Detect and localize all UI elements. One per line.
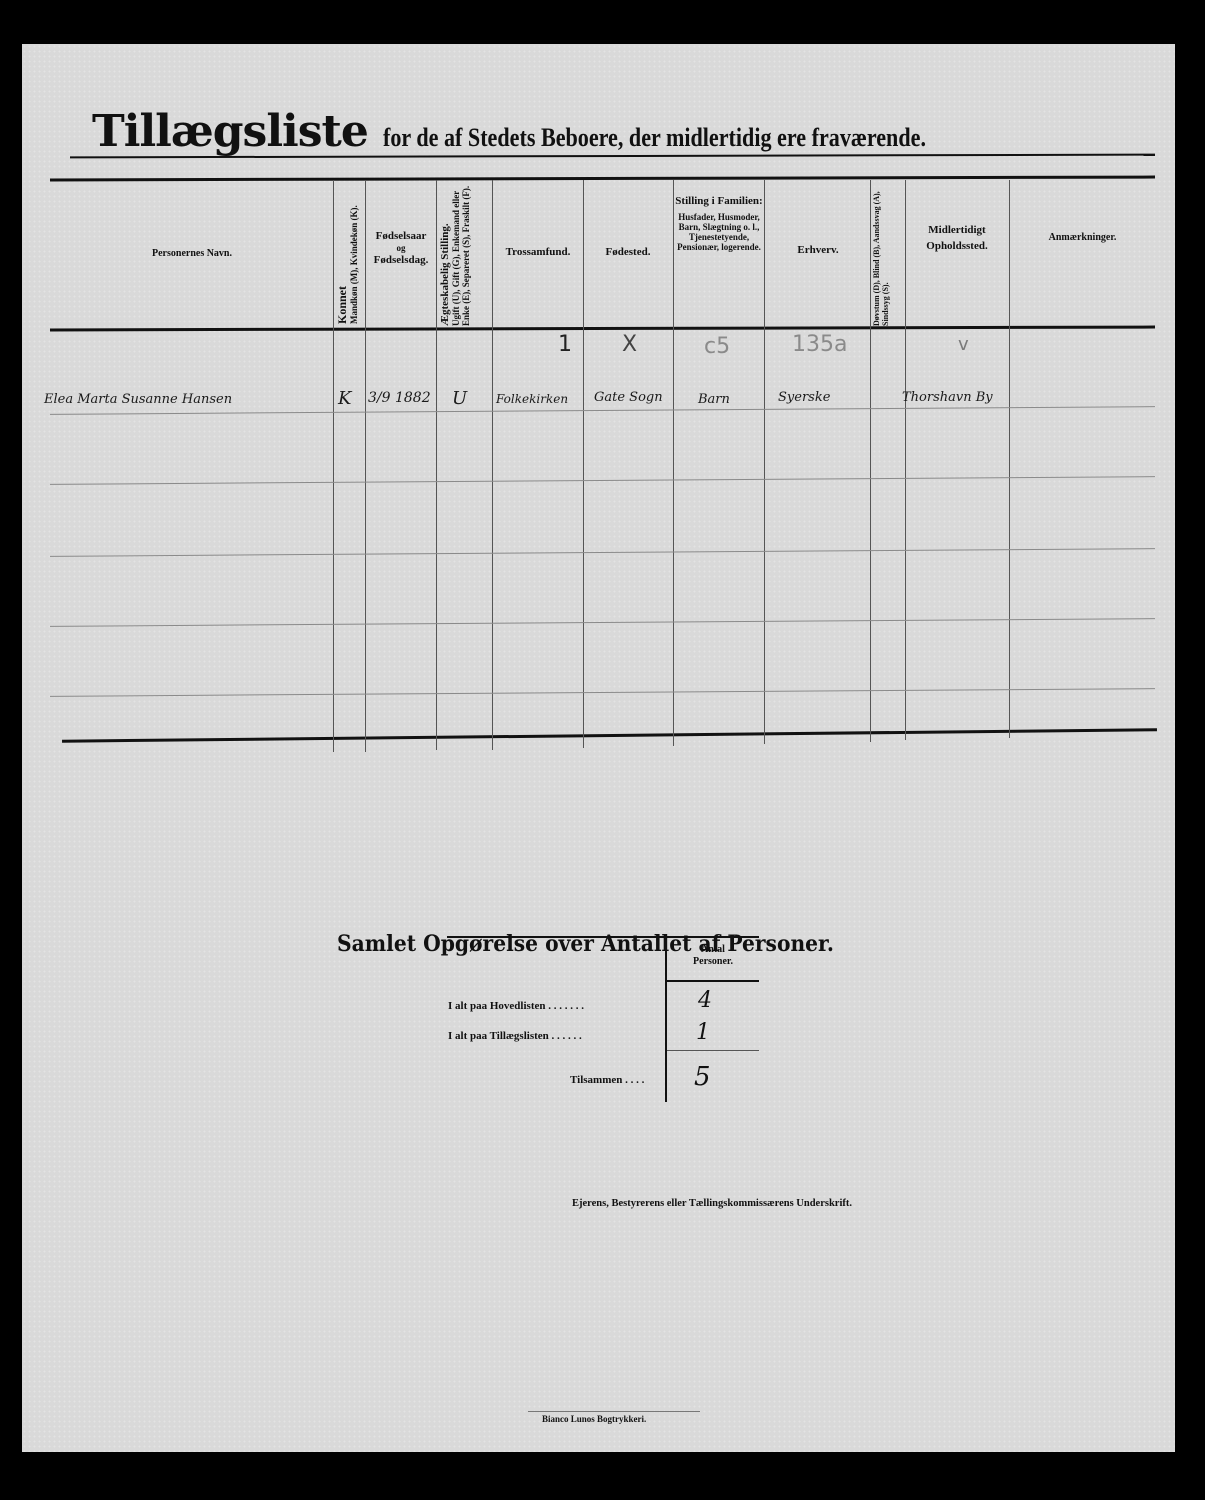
cell-temp-residence-code: v	[958, 334, 969, 355]
row-divider	[50, 618, 1155, 627]
summary-value-total: 5	[694, 1062, 711, 1092]
header-birth: Fødselsaar og Fødselsdag.	[368, 230, 434, 266]
cell-sex: K	[338, 388, 351, 409]
summary-value-main-list: 4	[698, 988, 712, 1013]
row-divider	[50, 476, 1155, 485]
summary-subtotal-rule	[667, 1050, 759, 1051]
col-divider	[492, 180, 493, 750]
summary-title: Samlet Opgørelse over Antallet af Person…	[337, 931, 834, 957]
summary-col-header-1: Antal	[667, 944, 759, 956]
summary-label-supplement-list: I alt paa Tillægslisten . . . . . .	[448, 1030, 582, 1042]
summary-top-rule	[447, 936, 759, 938]
printer-name: Bianco Lunos Bogtrykkeri.	[542, 1414, 646, 1424]
header-bottom-rule	[50, 326, 1155, 332]
col-divider	[905, 180, 906, 740]
printer-rule	[528, 1411, 700, 1412]
form-title-subtitle-text: for de af Stedets Beboere, der midlertid…	[383, 123, 806, 152]
header-temp-residence: Midlertidigt Opholdssted.	[906, 224, 1008, 252]
col-divider	[673, 180, 674, 746]
header-family-position: Stilling i Familien: Husfader, Husmoder,…	[674, 194, 764, 252]
col-divider	[764, 180, 765, 744]
summary-col-header: Antal Personer.	[667, 944, 759, 968]
signature-label: Ejerens, Bestyrerens eller Tællingskommi…	[572, 1198, 852, 1209]
header-temp-residence-line1: Midlertidigt	[906, 224, 1008, 236]
cell-religion-code: 1	[558, 332, 572, 357]
header-occupation: Erhverv.	[766, 244, 870, 256]
col-divider	[583, 180, 584, 748]
form-title-subtitle-bold: fraværende.	[812, 123, 926, 152]
table-bottom-rule	[62, 728, 1157, 742]
header-birth-line2: og	[368, 242, 434, 254]
header-family-position-label: Stilling i Familien:	[674, 194, 764, 208]
form-title-main: Tillægsliste	[92, 106, 368, 157]
header-disability-label: Døvstum (D), Blind (B), Aandssvag (A), S…	[872, 162, 890, 326]
cell-birth: 3/9 1882	[368, 390, 431, 406]
col-divider	[870, 180, 871, 742]
cell-family-position-code: c5	[704, 334, 730, 359]
cell-occupation: Syerske	[778, 390, 830, 405]
row-divider	[50, 548, 1155, 557]
cell-temp-residence: Thorshavn By	[902, 390, 993, 405]
header-religion: Trossamfund.	[494, 246, 582, 258]
cell-occupation-code: 135a	[792, 332, 847, 357]
header-name: Personernes Navn.	[62, 248, 322, 260]
header-marital-label: Ægteskabelig Stilling.	[439, 184, 451, 326]
cell-family-position: Barn	[698, 392, 730, 407]
header-marital-sublabel: Ugift (U), Gift (G), Enkemand eller Enke…	[451, 184, 471, 326]
cell-birthplace-code: X	[622, 332, 637, 357]
col-divider	[1009, 180, 1010, 738]
cell-religion: Folkekirken	[496, 392, 568, 406]
header-birth-line1: Fødselsaar	[368, 230, 434, 242]
header-temp-residence-line2: Opholdssted.	[906, 240, 1008, 252]
row-divider	[50, 688, 1155, 697]
col-divider	[333, 180, 334, 752]
header-top-rule	[50, 176, 1155, 182]
summary-header-rule	[667, 980, 759, 982]
summary-label-main-list: I alt paa Hovedlisten . . . . . . .	[448, 1000, 584, 1012]
cell-name: Elea Marta Susanne Hansen	[44, 392, 232, 407]
cell-marital: U	[452, 388, 467, 409]
summary-label-total: Tilsammen . . . .	[570, 1074, 644, 1086]
header-disability: Døvstum (D), Blind (B), Aandssvag (A), S…	[872, 162, 904, 326]
header-sex-sublabel: Mandkøn (M), Kvindekøn (K).	[349, 184, 359, 324]
header-family-position-sublabel: Husfader, Husmoder, Barn, Slægtning o. l…	[674, 212, 764, 252]
col-divider	[436, 180, 437, 750]
col-divider	[365, 180, 366, 752]
header-sex: Konnet Mandkøn (M), Kvindekøn (K).	[336, 184, 364, 324]
row-divider	[50, 406, 1155, 415]
header-birthplace-text: Fødested.	[584, 246, 672, 258]
form-title-subtitle: for de af Stedets Beboere, der midlertid…	[383, 123, 926, 153]
header-remarks: Anmærkninger.	[1010, 232, 1155, 244]
header-marital: Ægteskabelig Stilling. Ugift (U), Gift (…	[439, 184, 489, 326]
form-title: Tillægsliste for de af Stedets Beboere, …	[92, 106, 1022, 157]
census-form-page: Tillægsliste for de af Stedets Beboere, …	[22, 44, 1175, 1452]
header-sex-label: Konnet	[336, 184, 349, 324]
cell-birthplace: Gate Sogn	[594, 390, 663, 405]
summary-col-header-2: Personer.	[667, 956, 759, 968]
summary-value-supplement-list: 1	[696, 1020, 710, 1045]
header-birth-line3: Fødselsdag.	[368, 254, 434, 266]
